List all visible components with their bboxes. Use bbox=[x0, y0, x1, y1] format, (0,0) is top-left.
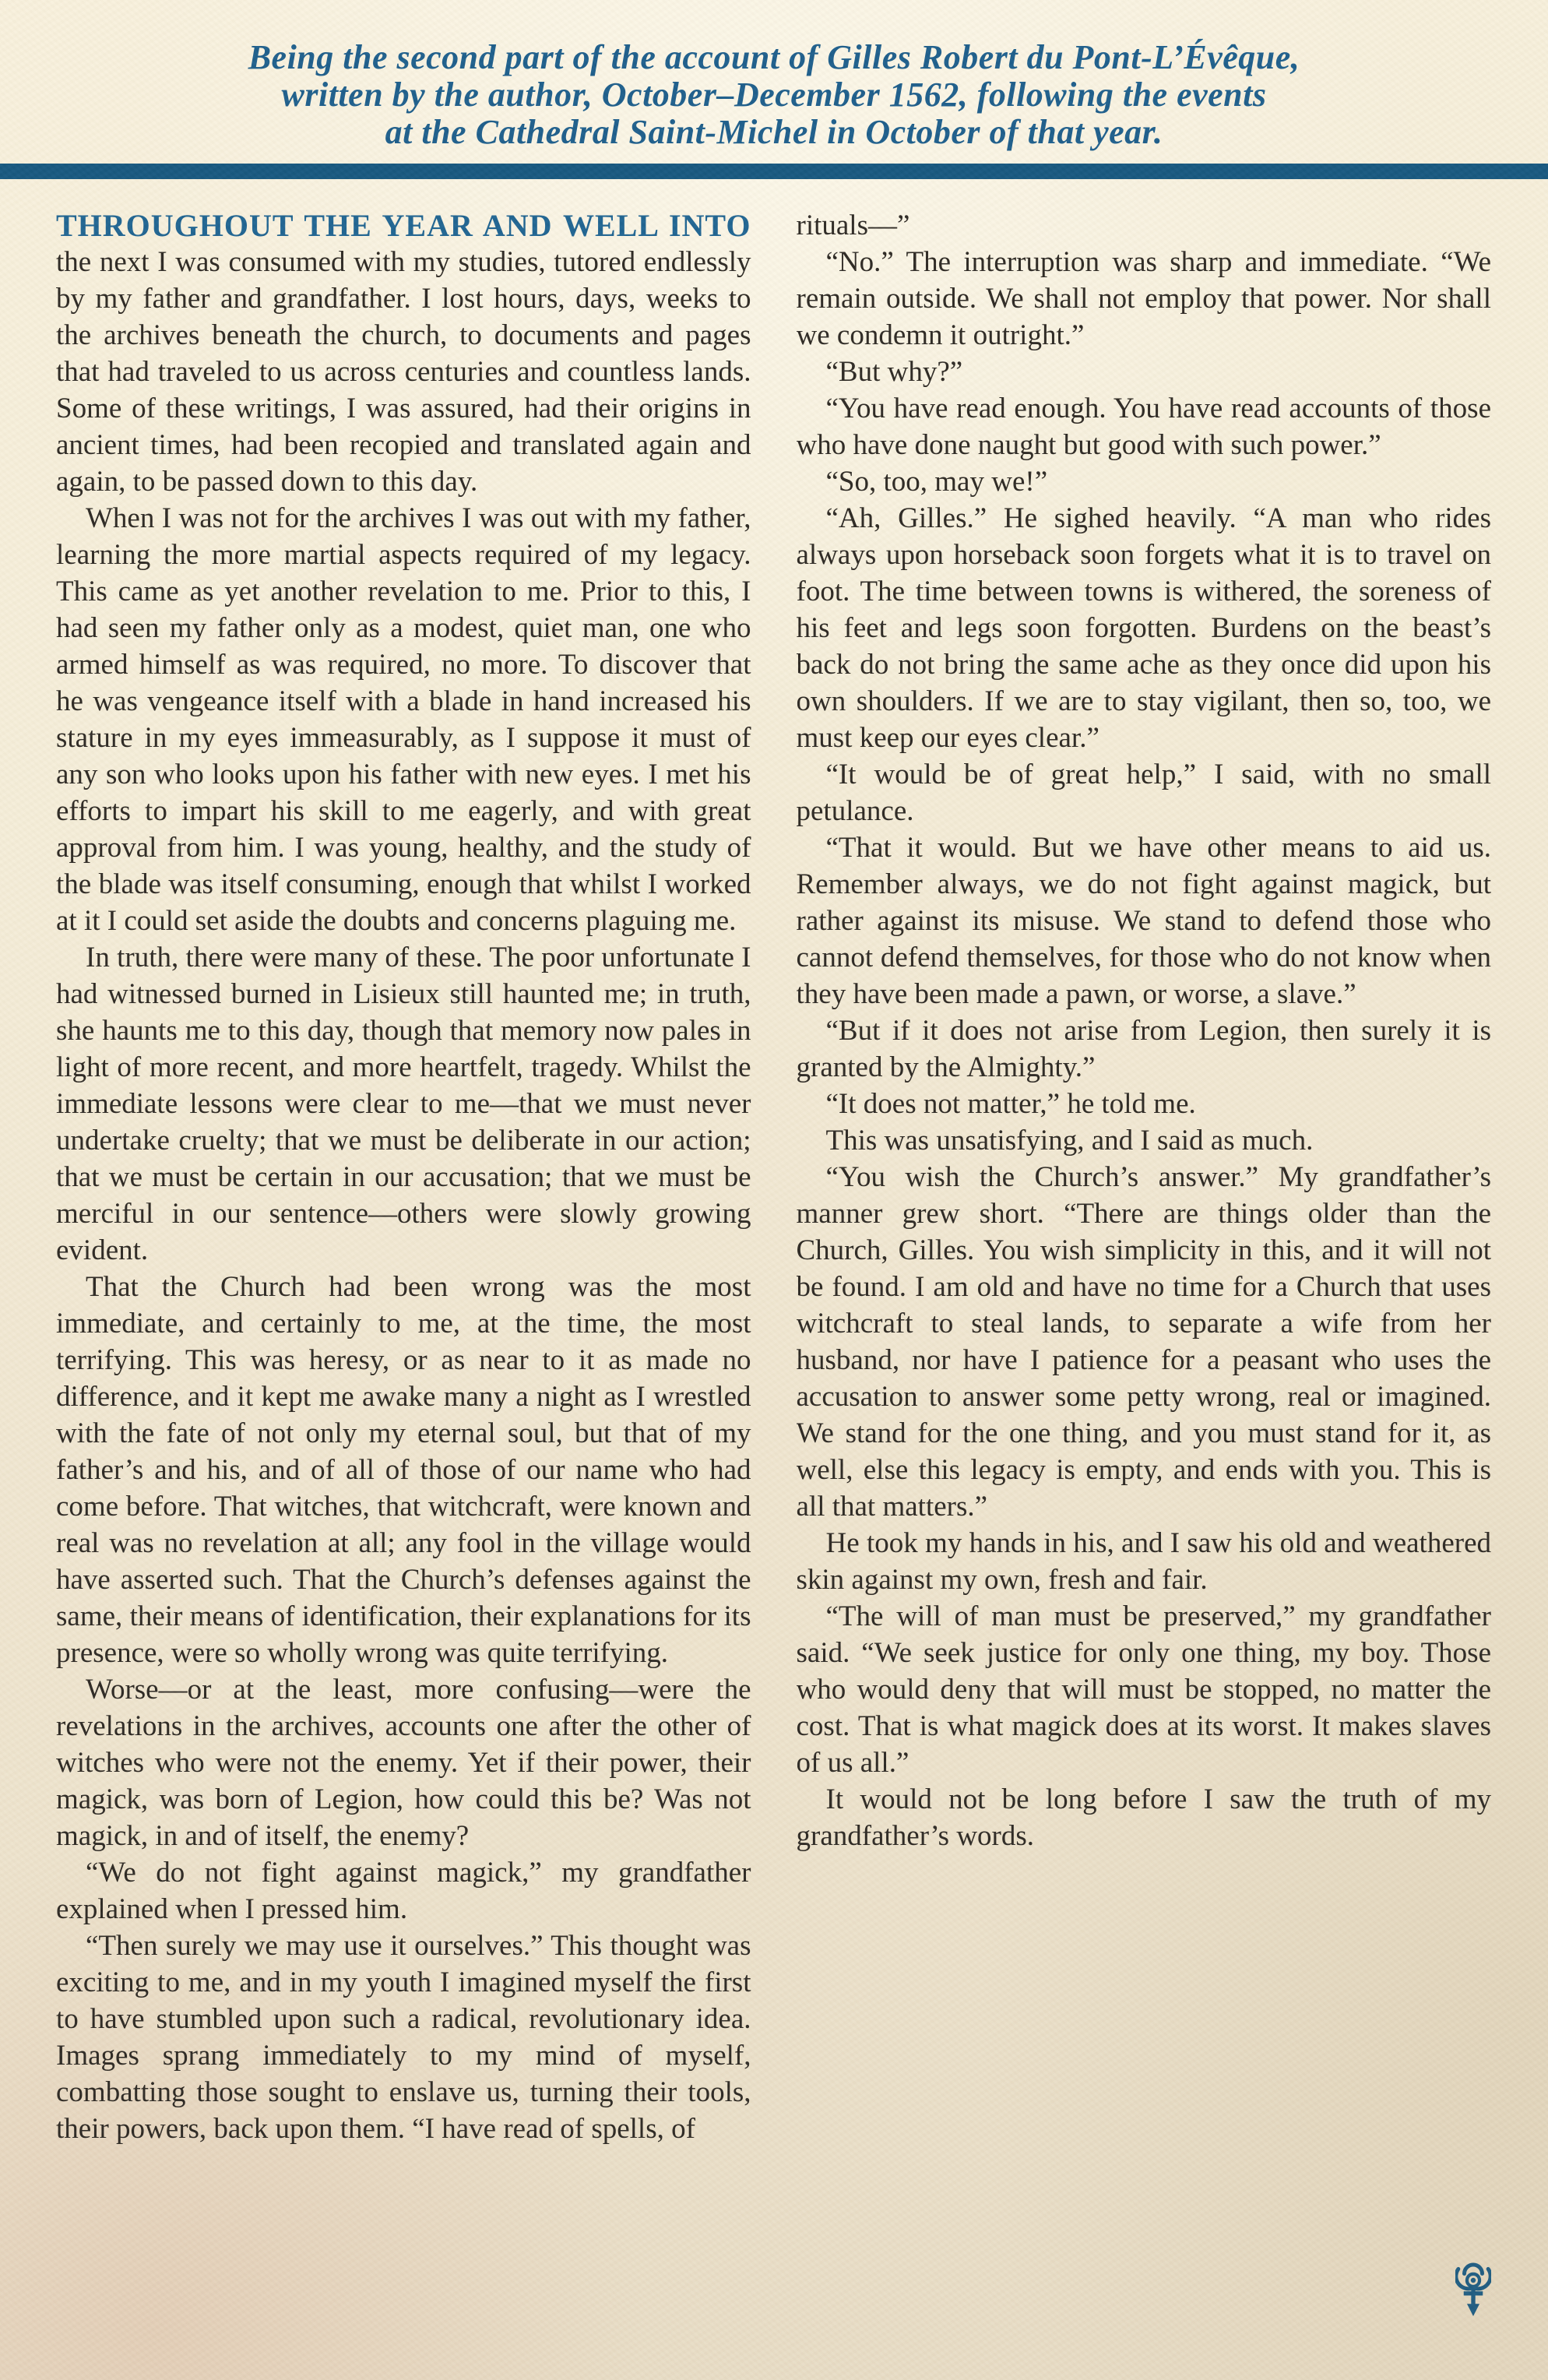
header-line-2: written by the author, October–December … bbox=[0, 76, 1548, 114]
paragraph: In truth, there were many of these. The … bbox=[56, 939, 751, 1269]
paragraph-text: “But if it does not arise from Legion, t… bbox=[797, 1015, 1492, 1083]
paragraph: THROUGHOUT THE YEAR AND WELL INTO the ne… bbox=[56, 207, 751, 500]
paragraph: When I was not for the archives I was ou… bbox=[56, 500, 751, 939]
paragraph: It would not be long before I saw the tr… bbox=[797, 1781, 1492, 1854]
header-rule bbox=[0, 164, 1548, 179]
header-line-3: at the Cathedral Saint-Michel in October… bbox=[0, 114, 1548, 151]
right-column: rituals—” “No.” The interruption was sha… bbox=[797, 207, 1492, 2349]
paragraph-text: He took my hands in his, and I saw his o… bbox=[797, 1527, 1492, 1596]
paragraph-text: “The will of man must be preserved,” my … bbox=[797, 1600, 1492, 1779]
paragraph-text: In truth, there were many of these. The … bbox=[56, 942, 751, 1266]
paragraph: This was unsatisfying, and I said as muc… bbox=[797, 1122, 1492, 1159]
paragraph-lead: THROUGHOUT THE YEAR AND WELL INTO bbox=[56, 207, 751, 244]
paragraph-text: “That it would. But we have other means … bbox=[797, 832, 1492, 1010]
paragraph-text: “We do not fight against magick,” my gra… bbox=[56, 1857, 751, 1925]
paragraph: “Ah, Gilles.” He sighed heavily. “A man … bbox=[797, 500, 1492, 756]
paragraph: “You have read enough. You have read acc… bbox=[797, 390, 1492, 463]
paragraph: That the Church had been wrong was the m… bbox=[56, 1269, 751, 1671]
page-header: Being the second part of the account of … bbox=[0, 0, 1548, 151]
paragraph: “The will of man must be preserved,” my … bbox=[797, 1598, 1492, 1781]
paragraph-text: “But why?” bbox=[826, 356, 963, 388]
paragraph: “No.” The interruption was sharp and imm… bbox=[797, 244, 1492, 354]
paragraph-text: “It would be of great help,” I said, wit… bbox=[797, 759, 1492, 827]
paragraph-text: This was unsatisfying, and I said as muc… bbox=[826, 1125, 1314, 1157]
paragraph-text: When I was not for the archives I was ou… bbox=[56, 502, 751, 937]
paragraph: “You wish the Church’s answer.” My grand… bbox=[797, 1159, 1492, 1525]
paragraph: “Then surely we may use it ourselves.” T… bbox=[56, 1928, 751, 2147]
paragraph-text: It would not be long before I saw the tr… bbox=[797, 1783, 1492, 1852]
paragraph-text: “You wish the Church’s answer.” My grand… bbox=[797, 1161, 1492, 1523]
paragraph: “That it would. But we have other means … bbox=[797, 829, 1492, 1012]
paragraph-text: the next I was consumed with my studies,… bbox=[56, 246, 751, 498]
paragraph-text: “It does not matter,” he told me. bbox=[826, 1088, 1196, 1120]
paragraph-text: “You have read enough. You have read acc… bbox=[797, 393, 1492, 461]
paragraph-text: Worse—or at the least, more confusing—we… bbox=[56, 1674, 751, 1852]
paragraph: “So, too, may we!” bbox=[797, 463, 1492, 500]
paragraph: “But why?” bbox=[797, 354, 1492, 390]
paragraph-text: That the Church had been wrong was the m… bbox=[56, 1271, 751, 1669]
paragraph: Worse—or at the least, more confusing—we… bbox=[56, 1671, 751, 1854]
document-page: Being the second part of the account of … bbox=[0, 0, 1548, 2380]
paragraph-text: “Ah, Gilles.” He sighed heavily. “A man … bbox=[797, 502, 1492, 754]
paragraph-text: “Then surely we may use it ourselves.” T… bbox=[56, 1930, 751, 2145]
eye-and-dagger-sigil-icon bbox=[1455, 2260, 1491, 2321]
left-column: THROUGHOUT THE YEAR AND WELL INTO the ne… bbox=[56, 207, 751, 2349]
paragraph: He took my hands in his, and I saw his o… bbox=[797, 1525, 1492, 1598]
body-text: THROUGHOUT THE YEAR AND WELL INTO the ne… bbox=[0, 179, 1548, 2349]
paragraph: “It does not matter,” he told me. bbox=[797, 1086, 1492, 1122]
paragraph-text: “So, too, may we!” bbox=[826, 466, 1048, 498]
header-line-1: Being the second part of the account of … bbox=[0, 39, 1548, 76]
paragraph: “We do not fight against magick,” my gra… bbox=[56, 1854, 751, 1928]
paragraph-text: “No.” The interruption was sharp and imm… bbox=[797, 246, 1492, 351]
paragraph: “It would be of great help,” I said, wit… bbox=[797, 756, 1492, 829]
paragraph: rituals—” bbox=[797, 207, 1492, 244]
paragraph: “But if it does not arise from Legion, t… bbox=[797, 1012, 1492, 1086]
paragraph-text: rituals—” bbox=[797, 209, 910, 241]
